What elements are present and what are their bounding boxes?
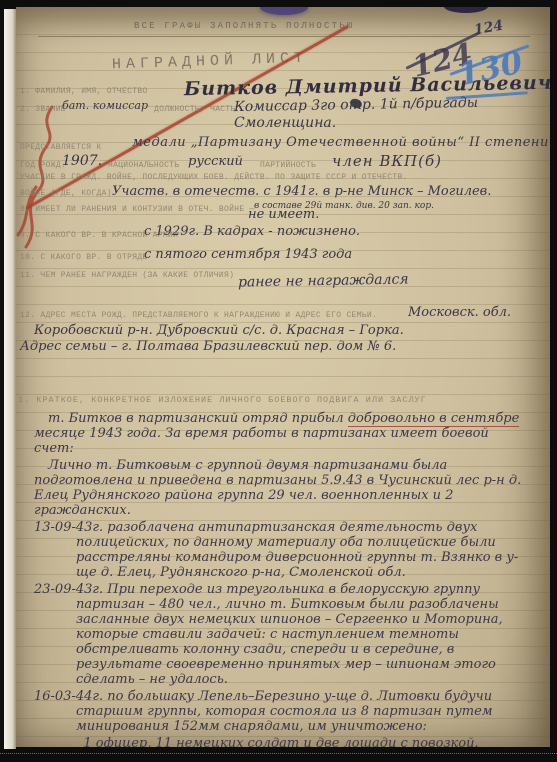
- field-wounds-label: 8. Имеет ли ранения и контузии в отеч. в…: [20, 205, 255, 214]
- field-position-value2: Смоленщина.: [234, 115, 336, 131]
- field-prev-awards-value: ранее не награждался: [238, 272, 409, 291]
- field-name-label: 1. Фамилия, имя, отчество: [20, 87, 148, 96]
- field-award-label: Представляется к: [20, 143, 102, 152]
- field-birth-label: Год рожд.: [20, 161, 66, 170]
- field-service-label2: войне (где, когда): [20, 189, 112, 198]
- scanned-award-document: ВСЕ ГРАФЫ ЗАПОЛНЯТЬ ПОЛНОСТЬЮ 124 124 13…: [0, 0, 557, 762]
- ink-blot-top-right: [444, 7, 488, 13]
- feat-paragraph-3: 13-09-43г. разоблачена антипартизанская …: [34, 520, 528, 580]
- field-award-value: медали „Партизану Отечественной войны“ I…: [132, 135, 549, 150]
- document-paper: ВСЕ ГРАФЫ ЗАПОЛНЯТЬ ПОЛНОСТЬЮ 124 124 13…: [16, 7, 550, 747]
- field-rank-value: бат. комиссар: [62, 99, 148, 112]
- field-service-label: Участие в гражд. войне, последующих боев…: [20, 173, 408, 182]
- page-edge-strip: [4, 9, 16, 749]
- field-army-since-value: с 1929г. В кадрах - пожизнено.: [144, 224, 360, 239]
- field-birth-value: 1907.: [62, 153, 102, 169]
- field-address-value2: Коробовский р-н. Дубровский с/с. д. Крас…: [34, 323, 404, 338]
- field-nationality-label: Национальность: [108, 161, 179, 170]
- field-prev-awards-label: 11. Чем ранее награжден (за какие отличи…: [20, 271, 234, 280]
- feat-paragraph-4: 23-09-43г. При переходе из треугольника …: [34, 582, 528, 687]
- field-unit-since-label: 10. С какого вр. в отряде: [20, 253, 148, 262]
- feat-paragraph-5: 16-03-44г. по большаку Лепель–Березино у…: [34, 689, 528, 734]
- field-address-value: Московск. обл.: [408, 305, 511, 320]
- field-address-label: 12. Адрес места рожд. представляемого к …: [20, 311, 377, 320]
- ink-blot-top: [260, 7, 308, 15]
- field-address-value3: Адрес семьи – г. Полтава Бразилевский пе…: [20, 339, 396, 354]
- feat-p1-pre: т. Битков в партизанский отряд прибыл: [48, 411, 348, 426]
- field-unit-since-value: с пятого сентября 1943 года: [144, 247, 352, 262]
- feat-paragraph-2: Лично т. Битковым с группой двумя партиз…: [34, 458, 528, 518]
- feat-paragraph-6: 1 офицер, 11 немецких солдат и две лошад…: [34, 736, 528, 747]
- field-wounds-value: не имеет.: [248, 207, 319, 222]
- feat-body: т. Битков в партизанский отряд прибыл до…: [34, 411, 528, 747]
- field-rank-label: 2. Звание: [20, 105, 66, 114]
- bottom-dotted-line: [0, 753, 557, 754]
- header-note: ВСЕ ГРАФЫ ЗАПОЛНЯТЬ ПОЛНОСТЬЮ: [134, 21, 354, 31]
- feat-paragraph-1: т. Битков в партизанский отряд прибыл до…: [34, 411, 528, 456]
- field-service-value: Участв. в отечеств. с 1941г. в р-не Минс…: [112, 184, 491, 199]
- field-party-label: Партийность: [260, 161, 316, 170]
- field-party-value: член ВКП(б): [332, 152, 442, 170]
- feat-p1-underlined: добровольно в сентябре: [348, 411, 520, 427]
- feat-heading: 1. Краткое, конкретное изложение личного…: [18, 395, 427, 405]
- field-position-label: Должность, часть: [154, 105, 236, 114]
- feat-p1-post: месяце 1943 года. За время работы в парт…: [34, 426, 489, 456]
- header-rule: [38, 36, 530, 37]
- field-nationality-value: русский: [188, 154, 243, 169]
